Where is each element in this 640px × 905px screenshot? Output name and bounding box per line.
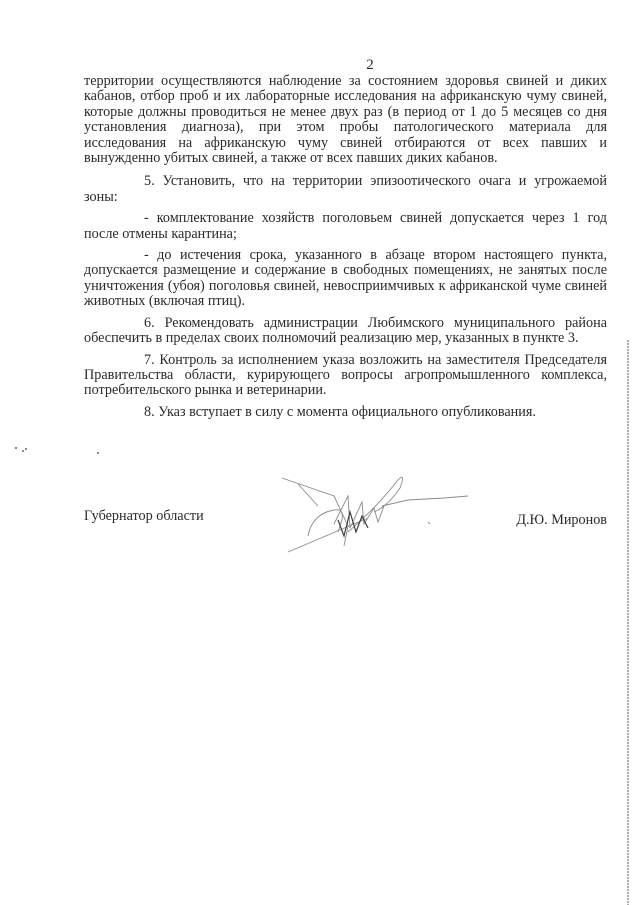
scan-speck (25, 448, 27, 450)
paragraph-item-6: 6. Рекомендовать администрации Любимског… (84, 316, 607, 347)
scan-speck (97, 452, 99, 454)
paragraph-item-5-sub-1: - комплектование хозяйств поголовьем сви… (84, 211, 607, 242)
scan-speck (22, 450, 24, 452)
page-number: 2 (50, 57, 640, 74)
signer-position: Губернатор области (84, 508, 204, 525)
paragraph-item-5-sub-2: - до истечения срока, указанного в абзац… (84, 248, 607, 310)
scan-speck (15, 447, 17, 449)
paragraph-item-8: 8. Указ вступает в силу с момента официа… (84, 405, 607, 420)
paragraph-item-7: 7. Контроль за исполнением указа возложи… (84, 353, 607, 399)
paragraph-continuation: территории осуществляются наблюдение за … (84, 74, 607, 166)
paragraph-item-5: 5. Установить, что на территории эпизоот… (84, 174, 607, 205)
document-body: территории осуществляются наблюдение за … (84, 74, 607, 420)
signer-name: Д.Ю. Миронов (516, 512, 607, 529)
scan-edge-artifact (627, 340, 629, 905)
handwritten-signature-icon (278, 466, 478, 556)
